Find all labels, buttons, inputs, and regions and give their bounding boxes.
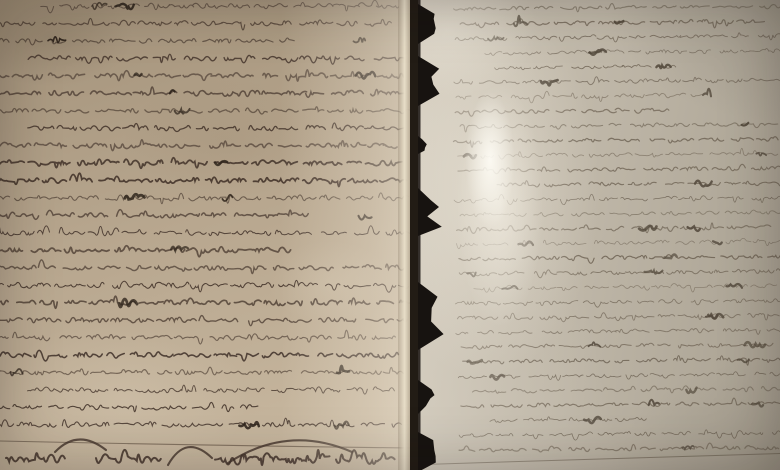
right-manuscript-page <box>418 0 780 470</box>
right-page-torn-edge <box>418 0 780 470</box>
manuscript-photo <box>0 0 780 470</box>
left-page-sheen <box>0 0 412 470</box>
left-manuscript-page <box>0 0 412 470</box>
page-gap-seam <box>410 0 418 470</box>
left-page-edge-highlight <box>398 0 410 470</box>
